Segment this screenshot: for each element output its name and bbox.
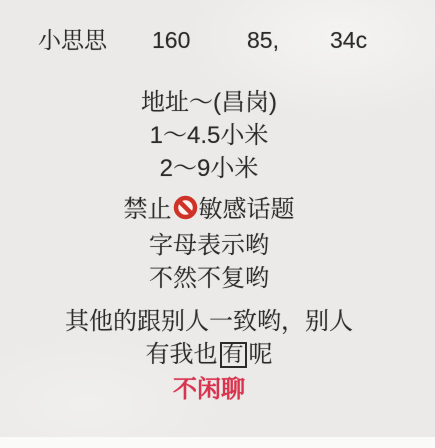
rule-ban-line: 禁止敏感话题	[0, 193, 418, 229]
profile-header-row: 小思思 160 85, 34c	[0, 27, 435, 55]
profile-stat-2: 85,	[247, 27, 279, 53]
no-chat-line: 不闲聊	[0, 373, 418, 406]
rule-ban-suffix: 敏感话题	[199, 196, 295, 223]
rule-ban-prefix: 禁止	[124, 196, 172, 223]
note-line-2-suffix: 呢	[249, 341, 273, 368]
rules-group: 禁止敏感话题 字母表示哟 不然不复哟	[0, 193, 418, 295]
profile-stat-1: 160	[152, 27, 190, 53]
boxed-have-icon: 有	[220, 342, 247, 368]
price-line-2: 2～9小米	[0, 152, 418, 185]
rule-letters-line: 字母表示哟	[0, 229, 418, 262]
photo-background: 小思思 160 85, 34c 地址～(昌岗) 1～4.5小米 2～9小米 禁止…	[0, 0, 435, 448]
profile-stat-3: 34c	[330, 27, 367, 53]
note-line-1: 其他的跟别人一致哟，别人	[0, 305, 418, 338]
no-chat-group: 不闲聊	[0, 373, 418, 406]
photo-bottom-margin	[0, 437, 435, 448]
note-line-2-prefix: 有我也	[146, 341, 218, 368]
address-line: 地址～(昌岗)	[0, 86, 418, 119]
price-line-1: 1～4.5小米	[0, 119, 418, 152]
note-body: 地址～(昌岗) 1～4.5小米 2～9小米 禁止敏感话题 字母表示哟 不然不复哟…	[0, 86, 418, 406]
profile-name: 小思思	[38, 27, 107, 53]
no-entry-icon	[173, 195, 198, 229]
notes-group: 其他的跟别人一致哟，别人 有我也有呢	[0, 305, 418, 371]
price-group: 1～4.5小米 2～9小米	[0, 119, 418, 185]
rule-no-reply-line: 不然不复哟	[0, 262, 418, 295]
note-line-2: 有我也有呢	[0, 338, 418, 371]
